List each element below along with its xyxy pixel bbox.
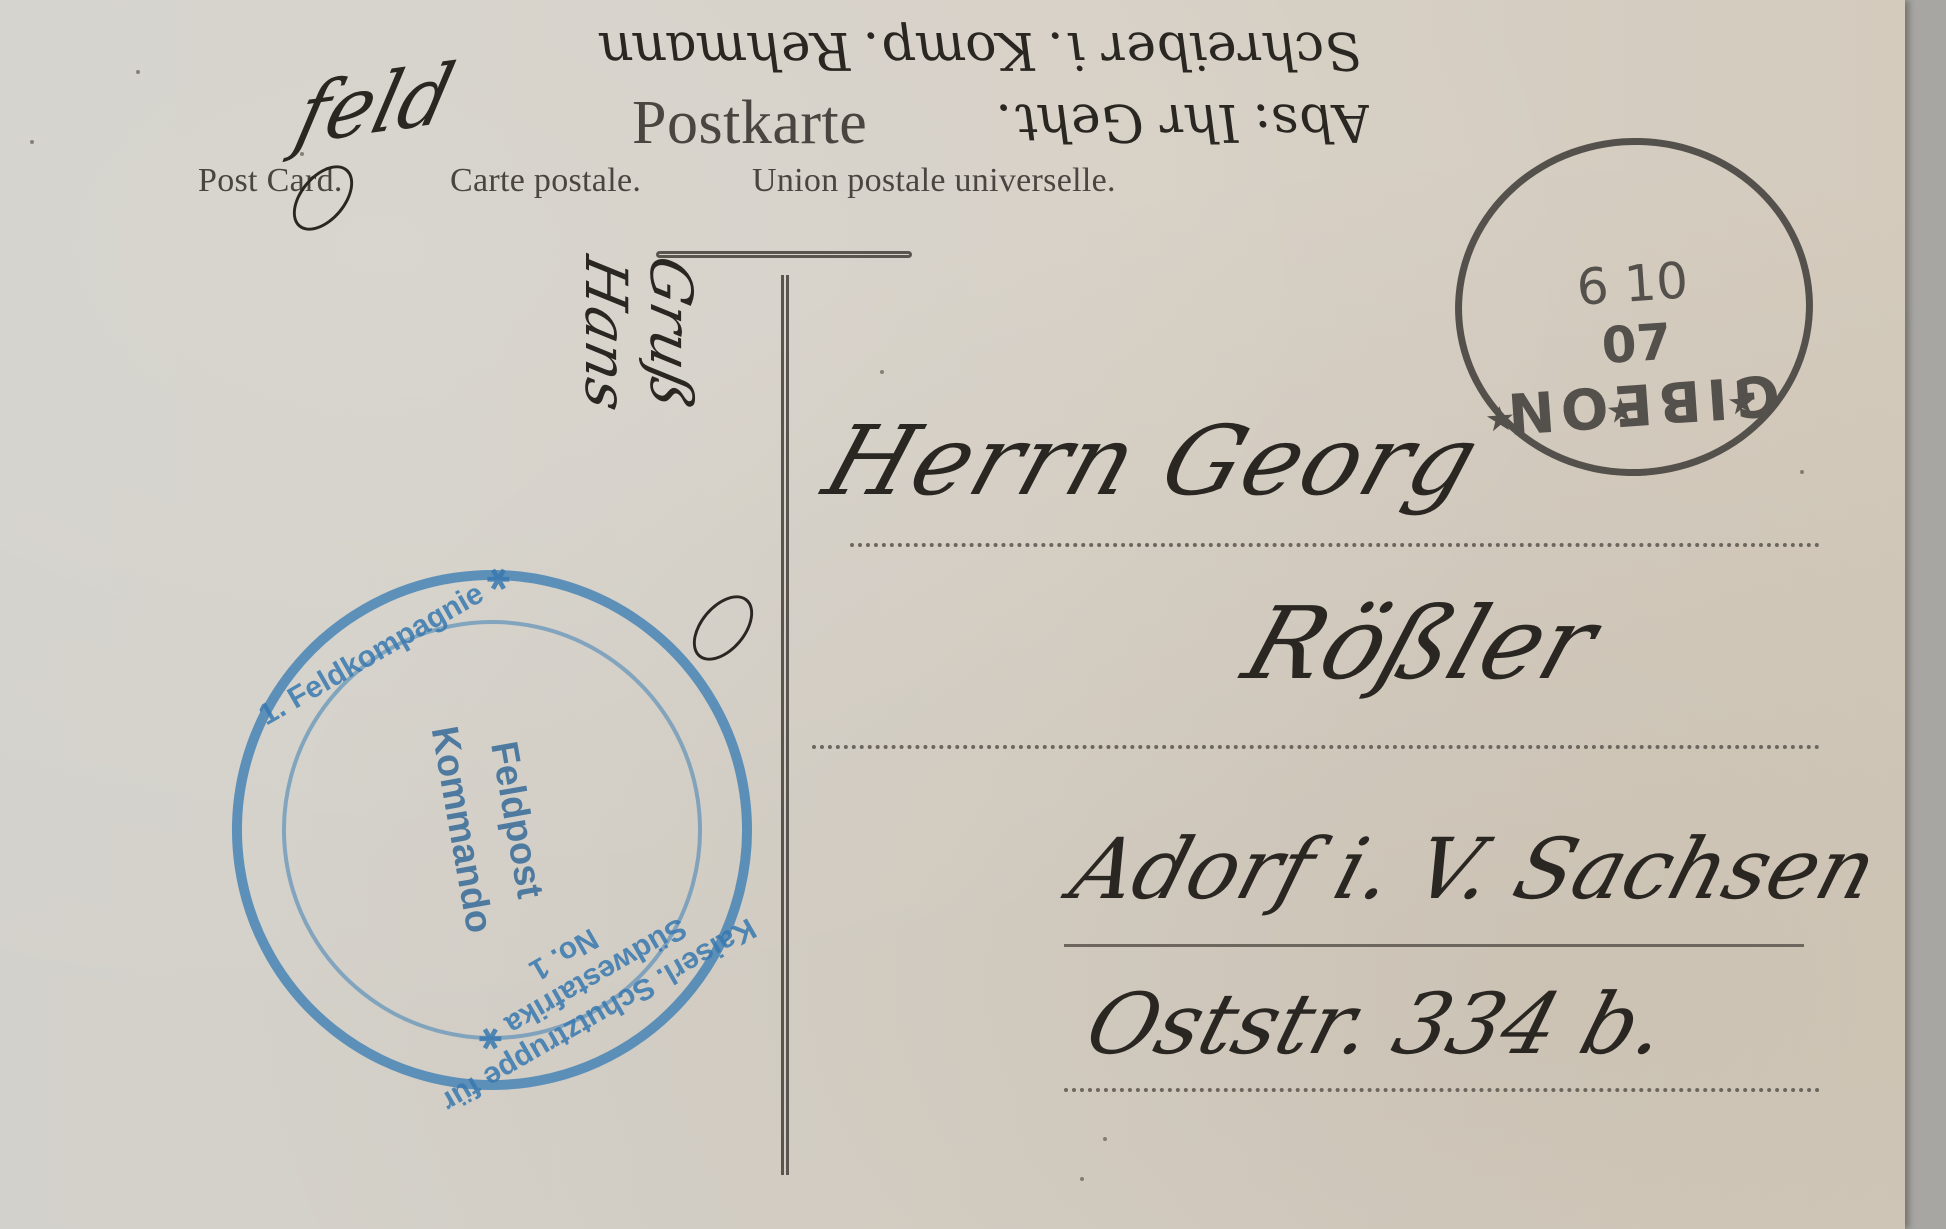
blue-military-stamp: Kaiserl. Schutztruppe für Südwestafrika … [137, 475, 847, 1185]
signature-rotated: Hans [572, 251, 640, 418]
recipient-city: Adorf i. V. Sachsen [1061, 820, 1887, 918]
subtitle-union-postale: Union postale universelle. [752, 162, 1116, 200]
paper-speck [1103, 1137, 1107, 1141]
address-line [850, 543, 1820, 547]
address-line [812, 745, 1820, 749]
recipient-street: Oststr. 334 b. [1076, 975, 1679, 1073]
paper-speck [880, 370, 884, 374]
gibeon-postmark: GIBEON 6 10 07 ★ ★ ★ [1444, 126, 1825, 488]
feld-note: feld [287, 45, 464, 164]
greeting-rotated: Gruß [637, 251, 705, 416]
paper-speck [1800, 470, 1804, 474]
postkarte-title: Postkarte [632, 88, 867, 159]
paper-speck [136, 70, 140, 74]
address-line-underlined [1064, 944, 1804, 947]
subtitle-carte-postale: Carte postale. [450, 162, 641, 200]
recipient-name: Herrn Georg [812, 405, 1494, 517]
recipient-surname: Rößler [1231, 585, 1610, 702]
paper-speck [30, 140, 34, 144]
postcard: Postkarte Post Card. Carte postale. Unio… [0, 0, 1905, 1229]
sender-line-upside-down: Abs: Ihr Geht. [990, 92, 1380, 152]
paper-speck [1080, 1177, 1084, 1181]
pen-flourish [681, 584, 765, 672]
sender-line-upside-down: Schreiber i. Komp. Rehmann [590, 20, 1370, 80]
header-rule [656, 251, 912, 258]
center-divider [781, 275, 789, 1175]
address-line [1064, 1088, 1820, 1092]
